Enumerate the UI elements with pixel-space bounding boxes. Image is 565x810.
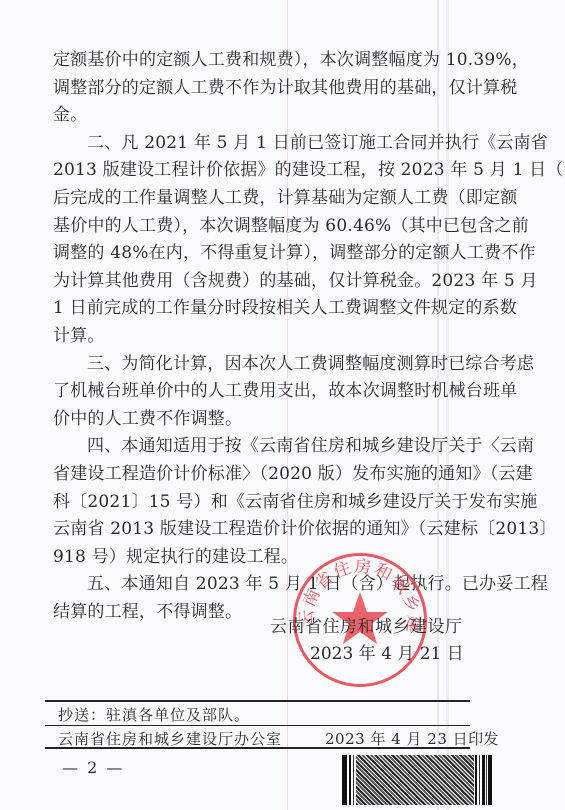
page-number: — 2 — <box>62 758 124 777</box>
footer-divider-top <box>45 700 470 702</box>
text-line: 为计算其他费用（含规费）的基础，仅计算税金。2023 年 5 月 <box>53 268 517 296</box>
issue-date: 2023 年 4 月 23 日印发 <box>325 728 499 749</box>
text-line: 省建设工程造价计价标准〉（2020 版）发布实施的通知》（云建 <box>53 461 517 489</box>
signature-block: 云南省住房和城乡建设厅 2023 年 4 月 21 日 <box>270 614 464 668</box>
paragraph-item-2: 二、凡 2021 年 5 月 1 日前已签订施工合同并执行《云南省 2013 版… <box>53 130 517 351</box>
text-line: 科〔2021〕15 号）和《云南省住房和城乡建设厅关于发布实施 <box>53 489 517 517</box>
paragraph-item-4: 四、本通知适用于按《云南省住房和城乡建设厅关于〈云南 省建设工程造价计价标准〉（… <box>53 433 517 571</box>
footer-divider-middle <box>45 725 470 726</box>
text-line: 定额基价中的定额人工费和规费），本次调整幅度为 10.39%， <box>53 47 517 75</box>
signing-date: 2023 年 4 月 21 日 <box>270 641 464 668</box>
text-line: 五、本通知自 2023 年 5 月 1 日（含）起执行。已办妥工程 <box>53 571 517 599</box>
barcode-icon <box>342 755 492 805</box>
text-line: 后完成的工作量调整人工费，计算基础为定额人工费（即定额 <box>53 185 517 213</box>
text-line: 调整的 48%在内，不得重复计算），调整部分的定额人工费不作 <box>53 240 517 268</box>
paragraph-continuation: 定额基价中的定额人工费和规费），本次调整幅度为 10.39%， 调整部分的定额人… <box>53 47 517 130</box>
text-line: 2013 版建设工程计价依据》的建设工程，按 2023 年 5 月 1 日（含） <box>53 157 517 185</box>
footer-divider-bottom <box>45 747 470 749</box>
text-line: 1 日前完成的工作量分时段按相关人工费调整文件规定的系数 <box>53 295 517 323</box>
text-line: 金。 <box>53 102 517 130</box>
paragraph-item-3: 三、为简化计算，因本次人工费调整幅度测算时已综合考虑 了机械台班单价中的人工费用… <box>53 351 517 434</box>
text-line: 基价中的人工费），本次调整幅度为 60.46%（其中已包含之前 <box>53 213 517 241</box>
text-line: 计算。 <box>53 323 517 351</box>
document-body: 定额基价中的定额人工费和规费），本次调整幅度为 10.39%， 调整部分的定额人… <box>53 47 517 626</box>
text-line: 价中的人工费不作调整。 <box>53 406 517 434</box>
text-line: 云南省 2013 版建设工程造价计价依据的通知》（云建标〔2013〕 <box>53 516 517 544</box>
text-line: 二、凡 2021 年 5 月 1 日前已签订施工合同并执行《云南省 <box>53 130 517 158</box>
text-line: 三、为简化计算，因本次人工费调整幅度测算时已综合考虑 <box>53 351 517 379</box>
cc-line: 抄送：驻滇各单位及部队。 <box>58 704 250 725</box>
text-line: 调整部分的定额人工费不作为计取其他费用的基础，仅计算税 <box>53 75 517 103</box>
signing-organization: 云南省住房和城乡建设厅 <box>270 614 464 641</box>
text-line: 了机械台班单价中的人工费用支出，故本次调整时机械台班单 <box>53 378 517 406</box>
issuing-office: 云南省住房和城乡建设厅办公室 <box>58 728 282 749</box>
text-line: 918 号）规定执行的建设工程。 <box>53 544 517 572</box>
text-line: 四、本通知适用于按《云南省住房和城乡建设厅关于〈云南 <box>53 433 517 461</box>
